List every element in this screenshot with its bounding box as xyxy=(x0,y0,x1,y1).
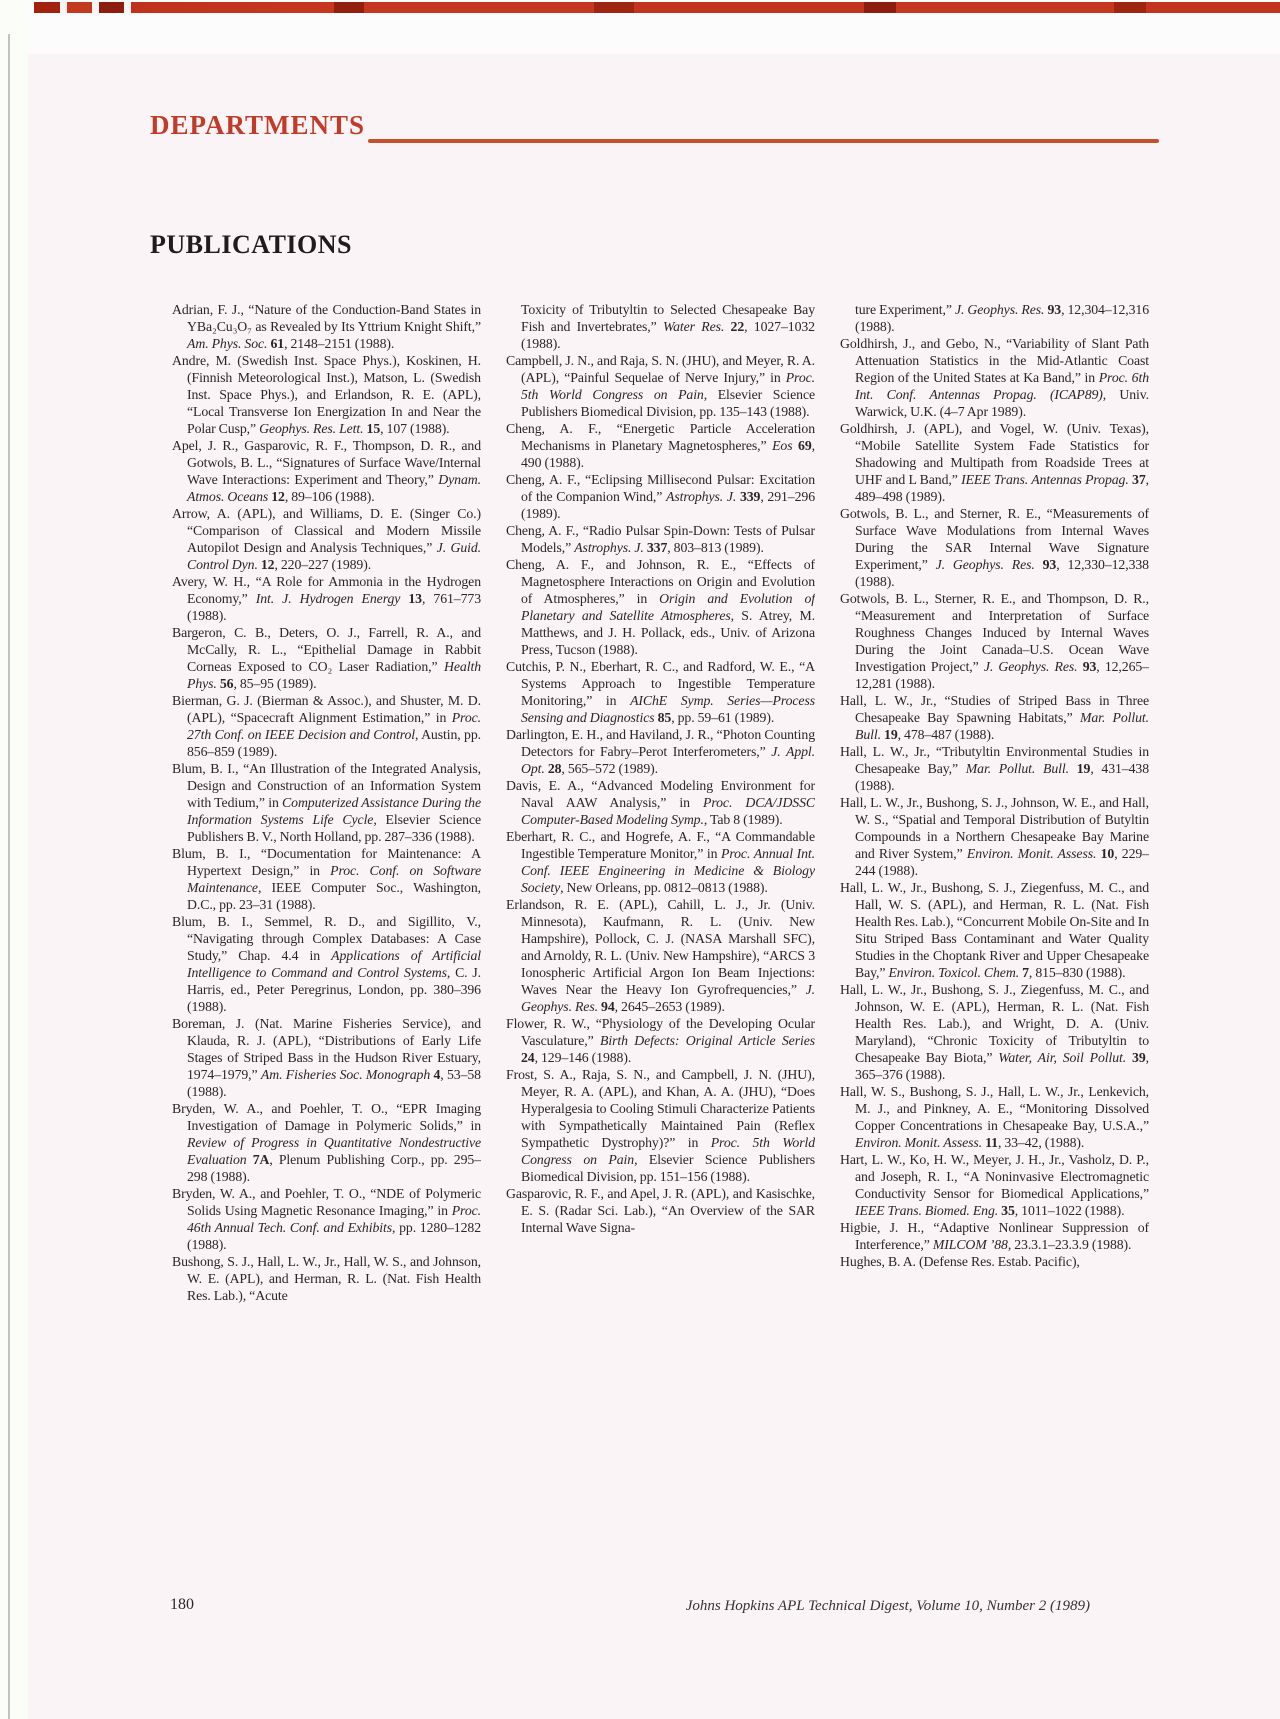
reference-entry: Bushong, S. J., Hall, L. W., Jr., Hall, … xyxy=(172,1253,481,1304)
reference-entry: Andre, M. (Swedish Inst. Space Phys.), K… xyxy=(172,352,481,437)
reference-entry: Gasparovic, R. F., and Apel, J. R. (APL)… xyxy=(506,1185,815,1236)
reference-entry: Hughes, B. A. (Defense Res. Estab. Pacif… xyxy=(840,1253,1149,1270)
header-rule xyxy=(368,139,1159,143)
print-color-bar xyxy=(34,2,1280,13)
reference-entry: Higbie, J. H., “Adaptive Nonlinear Suppr… xyxy=(840,1219,1149,1253)
reference-entry: Boreman, J. (Nat. Marine Fisheries Servi… xyxy=(172,1015,481,1100)
reference-entry: Frost, S. A., Raja, S. N., and Campbell,… xyxy=(506,1066,815,1185)
reference-entry: Eberhart, R. C., and Hogrefe, A. F., “A … xyxy=(506,828,815,896)
reference-entry: Blum, B. I., “Documentation for Maintena… xyxy=(172,845,481,913)
reference-entry: Bryden, W. A., and Poehler, T. O., “EPR … xyxy=(172,1100,481,1185)
reference-entry: Cheng, A. F., “Eclipsing Millisecond Pul… xyxy=(506,471,815,522)
reference-continuation: Toxicity of Tributyltin to Selected Ches… xyxy=(506,301,815,352)
reference-entry: Goldhirsh, J., and Gebo, N., “Variabilit… xyxy=(840,335,1149,420)
references-column-2: Toxicity of Tributyltin to Selected Ches… xyxy=(506,301,815,1563)
reference-entry: Gotwols, B. L., Sterner, R. E., and Thom… xyxy=(840,590,1149,692)
reference-continuation: ture Experiment,” J. Geophys. Res. 93, 1… xyxy=(840,301,1149,335)
reference-entry: Apel, J. R., Gasparovic, R. F., Thompson… xyxy=(172,437,481,505)
reference-entry: Hall, L. W., Jr., “Tributyltin Environme… xyxy=(840,743,1149,794)
reference-entry: Cheng, A. F., and Johnson, R. E., “Effec… xyxy=(506,556,815,658)
journal-citation: Johns Hopkins APL Technical Digest, Volu… xyxy=(686,1598,1090,1615)
reference-entry: Adrian, F. J., “Nature of the Conduction… xyxy=(172,301,481,352)
reference-entry: Cheng, A. F., “Radio Pulsar Spin-Down: T… xyxy=(506,522,815,556)
reference-entry: Campbell, J. N., and Raja, S. N. (JHU), … xyxy=(506,352,815,420)
reference-entry: Gotwols, B. L., and Sterner, R. E., “Mea… xyxy=(840,505,1149,590)
page-left-margin xyxy=(0,0,28,1719)
reference-entry: Erlandson, R. E. (APL), Cahill, L. J., J… xyxy=(506,896,815,1015)
reference-entry: Cheng, A. F., “Energetic Particle Accele… xyxy=(506,420,815,471)
references-column-3: ture Experiment,” J. Geophys. Res. 93, 1… xyxy=(840,301,1149,1563)
references-column-1: Adrian, F. J., “Nature of the Conduction… xyxy=(172,301,481,1563)
reference-entry: Hall, W. S., Bushong, S. J., Hall, L. W.… xyxy=(840,1083,1149,1151)
reference-entry: Hart, L. W., Ko, H. W., Meyer, J. H., Jr… xyxy=(840,1151,1149,1219)
scanned-journal-page: DEPARTMENTS PUBLICATIONS Adrian, F. J., … xyxy=(0,0,1280,1719)
reference-entry: Blum, B. I., “An Illustration of the Int… xyxy=(172,760,481,845)
reference-entry: Hall, L. W., Jr., Bushong, S. J., Johnso… xyxy=(840,794,1149,879)
reference-entry: Blum, B. I., Semmel, R. D., and Sigillit… xyxy=(172,913,481,1015)
reference-entry: Bierman, G. J. (Bierman & Assoc.), and S… xyxy=(172,692,481,760)
reference-entry: Bargeron, C. B., Deters, O. J., Farrell,… xyxy=(172,624,481,692)
reference-entry: Darlington, E. H., and Haviland, J. R., … xyxy=(506,726,815,777)
reference-entry: Cutchis, P. N., Eberhart, R. C., and Rad… xyxy=(506,658,815,726)
reference-entry: Davis, E. A., “Advanced Modeling Environ… xyxy=(506,777,815,828)
reference-entry: Bryden, W. A., and Poehler, T. O., “NDE … xyxy=(172,1185,481,1253)
reference-entry: Goldhirsh, J. (APL), and Vogel, W. (Univ… xyxy=(840,420,1149,505)
page-title: PUBLICATIONS xyxy=(150,230,352,260)
reference-entry: Hall, L. W., Jr., Bushong, S. J., Ziegen… xyxy=(840,879,1149,981)
page-number: 180 xyxy=(170,1596,194,1614)
reference-entry: Flower, R. W., “Physiology of the Develo… xyxy=(506,1015,815,1066)
reference-entry: Hall, L. W., Jr., “Studies of Striped Ba… xyxy=(840,692,1149,743)
reference-entry: Arrow, A. (APL), and Williams, D. E. (Si… xyxy=(172,505,481,573)
reference-entry: Hall, L. W., Jr., Bushong, S. J., Ziegen… xyxy=(840,981,1149,1083)
department-header: DEPARTMENTS xyxy=(150,110,365,141)
scan-edge-line xyxy=(8,34,10,1719)
reference-entry: Avery, W. H., “A Role for Ammonia in the… xyxy=(172,573,481,624)
